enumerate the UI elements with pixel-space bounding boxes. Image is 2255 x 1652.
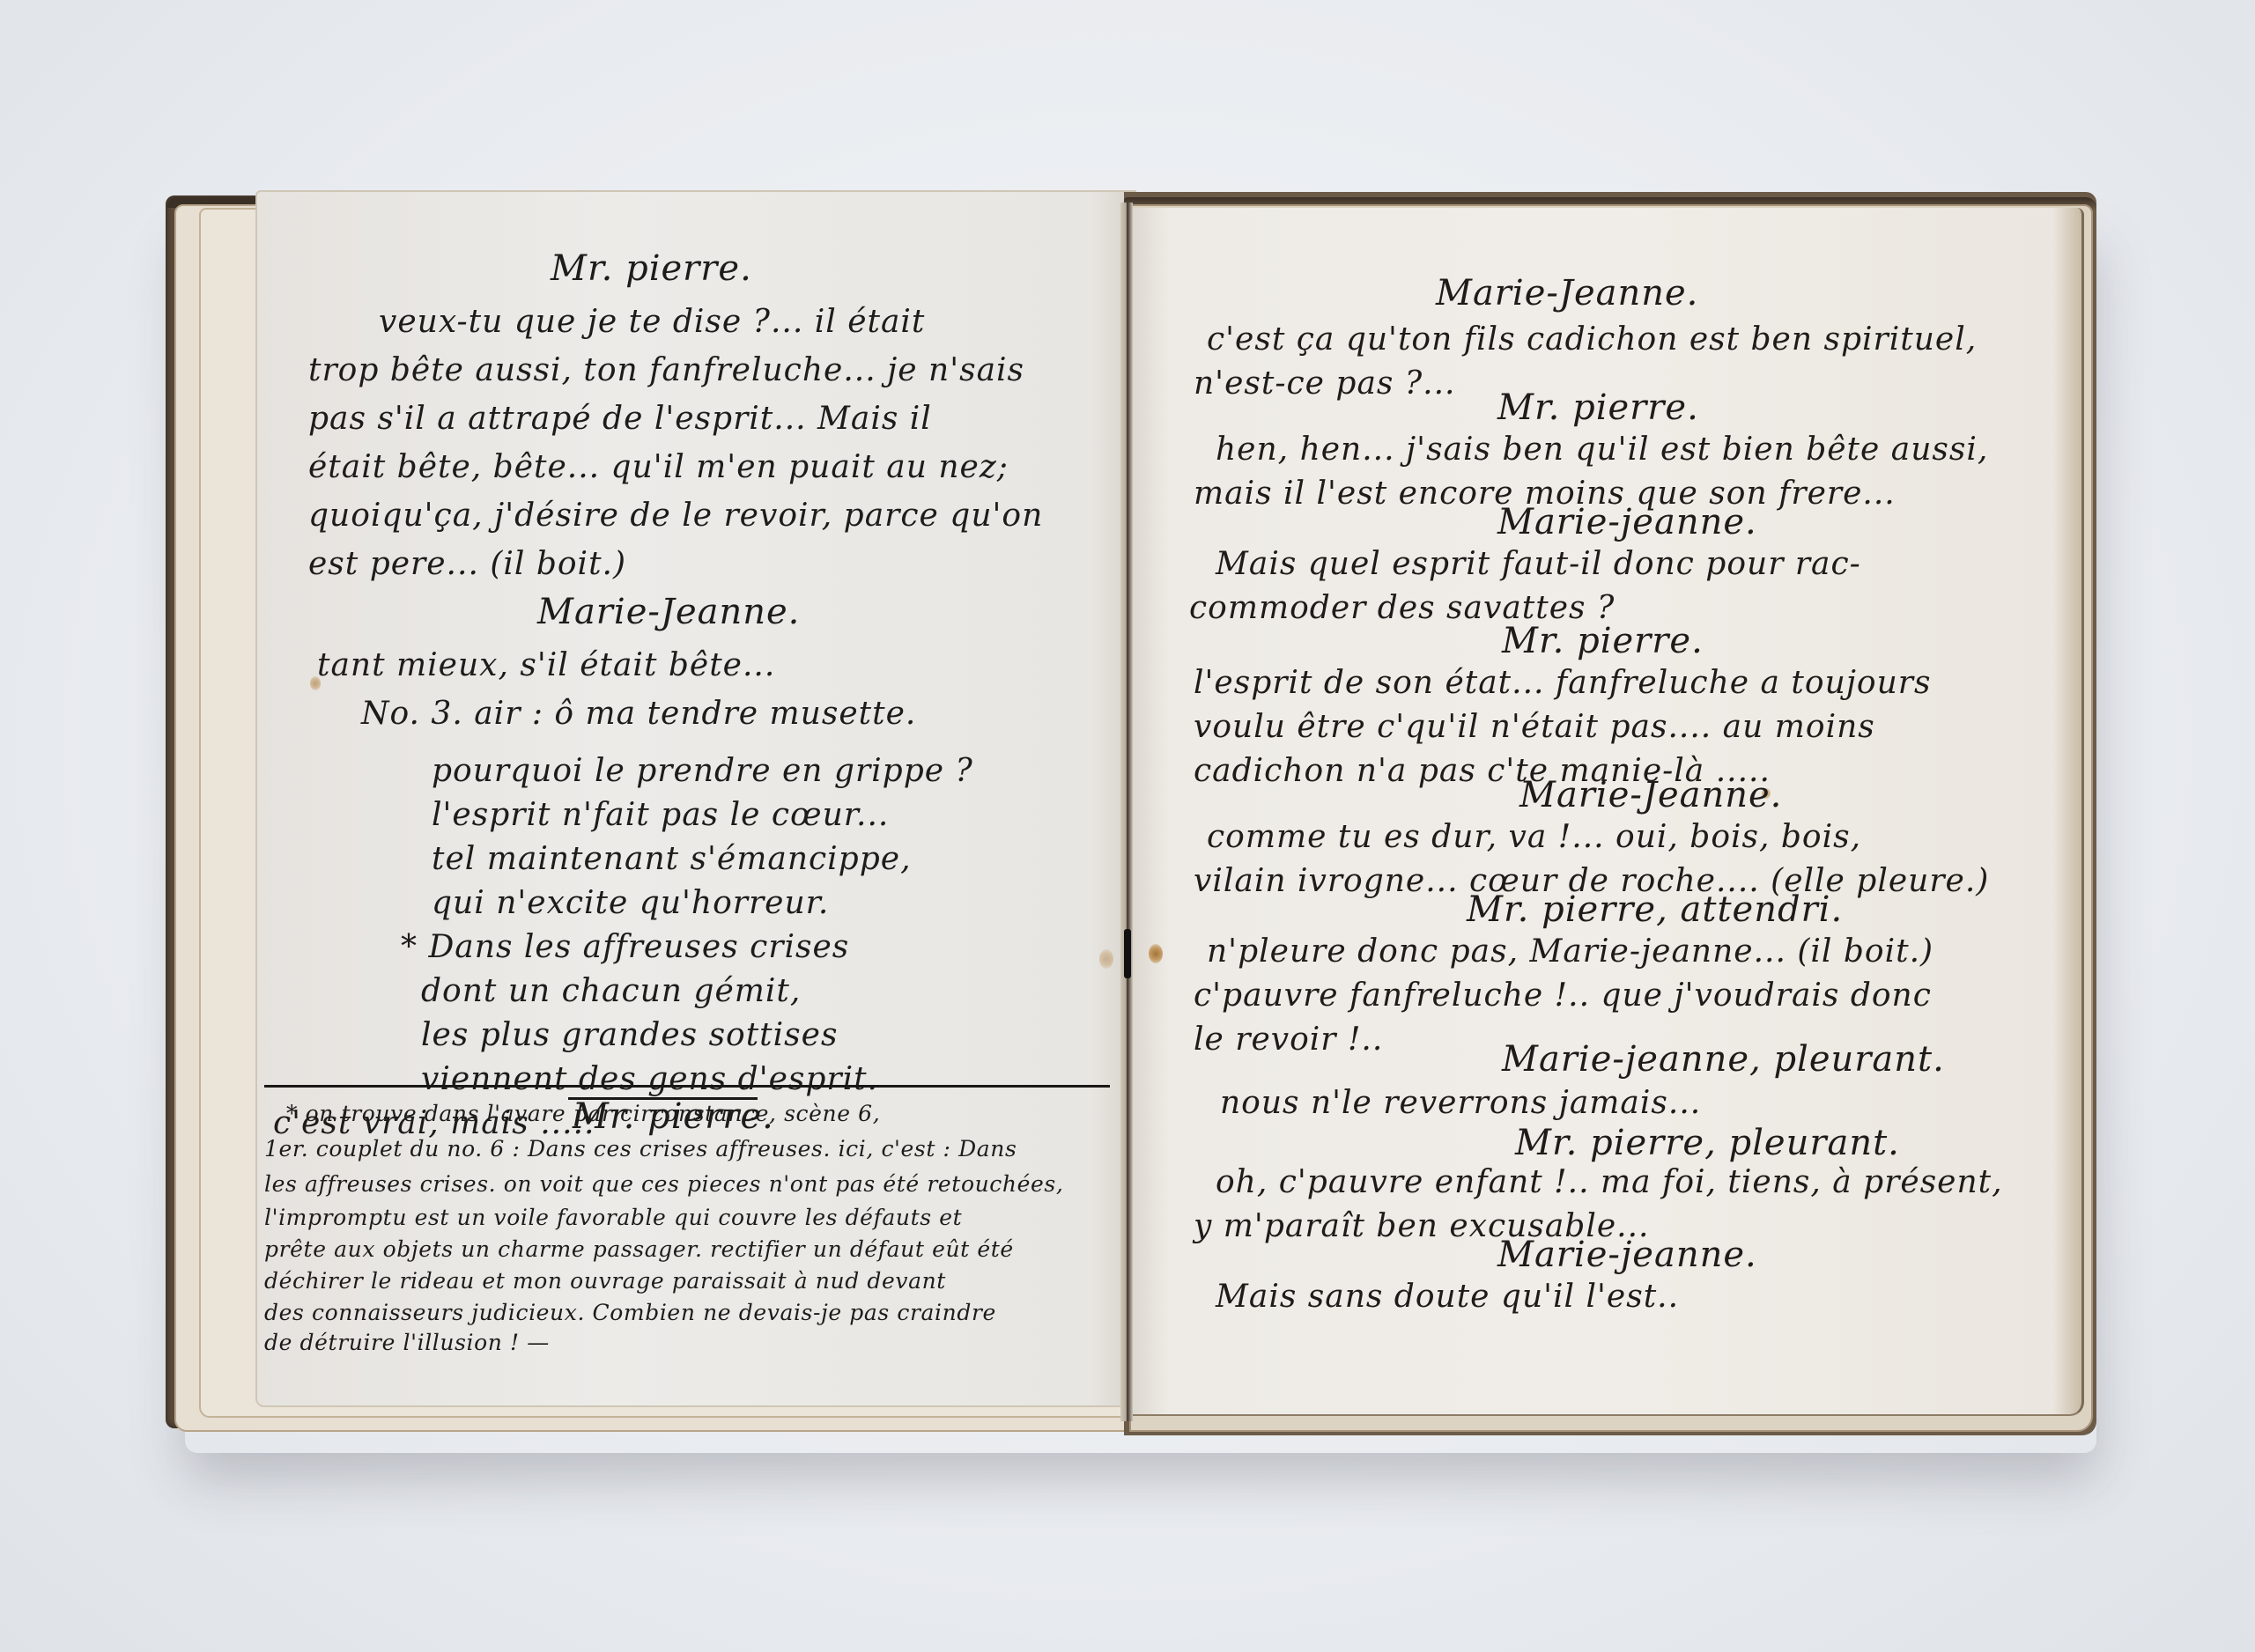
speaker-heading: Mr. pierre. (551, 248, 752, 289)
footnote-line: prête aux objets un charme passager. rec… (264, 1236, 1014, 1262)
speaker-heading: Mr. pierre, attendri. (1467, 889, 1843, 930)
footnote-line: de détruire l'illusion ! — (264, 1330, 550, 1355)
speaker-heading: Mr. pierre, pleurant. (1515, 1123, 1900, 1163)
dialogue-line: c'est ça qu'ton fils cadichon est ben sp… (1207, 321, 1977, 358)
footnote-line: l'impromptu est un voile favorable qui c… (264, 1205, 962, 1230)
foxing-stain (1099, 949, 1113, 969)
speaker-heading: Marie-jeanne, pleurant. (1502, 1039, 1945, 1080)
dialogue-line: quoiqu'ça, j'désire de le revoir, parce … (308, 498, 1043, 534)
foxing-stain (1149, 944, 1163, 963)
dialogue-line: tant mieux, s'il était bête... (317, 647, 775, 683)
dialogue-line: c'pauvre fanfreluche !.. que j'voudrais … (1194, 977, 1932, 1014)
verse-line: * Dans les affreuses crises (401, 929, 849, 965)
footnote-line: * on trouve dans l'avare par circonstanc… (286, 1101, 880, 1126)
dialogue-line: n'pleure donc pas, Marie-jeanne... (il b… (1207, 933, 1933, 970)
footnote-line: déchirer le rideau et mon ouvrage parais… (264, 1268, 946, 1294)
dialogue-line: était bête, bête... qu'il m'en puait au … (308, 449, 1009, 485)
footnote-rule (264, 1085, 1110, 1088)
footnote-line: 1er. couplet du no. 6 : Dans ces crises … (264, 1136, 1017, 1162)
dialogue-line: comme tu es dur, va !... oui, bois, bois… (1207, 819, 1861, 855)
open-notebook: Mr. pierre. veux-tu que je te dise ?... … (0, 0, 2255, 1652)
dialogue-line: n'est-ce pas ?... (1194, 365, 1455, 402)
verse-line: tel maintenant s'émancippe, (432, 841, 912, 877)
speaker-heading: Marie-Jeanne. (1519, 775, 1782, 815)
speaker-heading: Mr. pierre. (1502, 621, 1704, 661)
speaker-heading: Marie-Jeanne. (537, 592, 800, 632)
gutter-thread (1124, 929, 1131, 978)
speaker-heading: Marie-Jeanne. (1436, 273, 1698, 313)
footnote-line: les affreuses crises. on voit que ces pi… (264, 1171, 1063, 1197)
verse-line: dont un chacun gémit, (421, 973, 801, 1009)
speaker-heading: Marie-jeanne. (1497, 502, 1757, 542)
dialogue-line: Mais quel esprit faut-il donc pour rac- (1216, 546, 1861, 582)
verse-line: pourquoi le prendre en grippe ? (432, 753, 973, 789)
verse-line: viennent des gens d'esprit. (421, 1061, 878, 1097)
verse-line: qui n'excite qu'horreur. (432, 885, 829, 921)
speaker-heading: Mr. pierre. (1497, 387, 1699, 428)
dialogue-line: trop bête aussi, ton fanfreluche... je n… (308, 352, 1024, 388)
dialogue-line: Mais sans doute qu'il l'est.. (1216, 1279, 1679, 1315)
dialogue-line: voulu être c'qu'il n'était pas.... au mo… (1194, 709, 1875, 745)
speaker-heading: Marie-jeanne. (1497, 1235, 1757, 1275)
dialogue-line: hen, hen... j'sais ben qu'il est bien bê… (1216, 431, 1988, 468)
dialogue-line: veux-tu que je te dise ?... il était (379, 304, 925, 340)
dialogue-line: nous n'le reverrons jamais... (1220, 1085, 1701, 1121)
gutter (1120, 203, 1133, 1421)
verse-line: les plus grandes sottises (421, 1017, 838, 1053)
song-air-title: No. 3. air : ô ma tendre musette. (361, 696, 916, 732)
dialogue-line: l'esprit de son état... fanfreluche a to… (1194, 665, 1931, 701)
dialogue-line: pas s'il a attrapé de l'esprit... Mais i… (308, 401, 932, 437)
dialogue-line: oh, c'pauvre enfant !.. ma foi, tiens, à… (1216, 1164, 2003, 1200)
dialogue-line: le revoir !.. (1194, 1021, 1383, 1058)
dialogue-line: est pere... (il boit.) (308, 546, 626, 582)
footnote-line: des connaisseurs judicieux. Combien ne d… (264, 1300, 996, 1325)
verse-line: l'esprit n'fait pas le cœur... (432, 797, 889, 833)
